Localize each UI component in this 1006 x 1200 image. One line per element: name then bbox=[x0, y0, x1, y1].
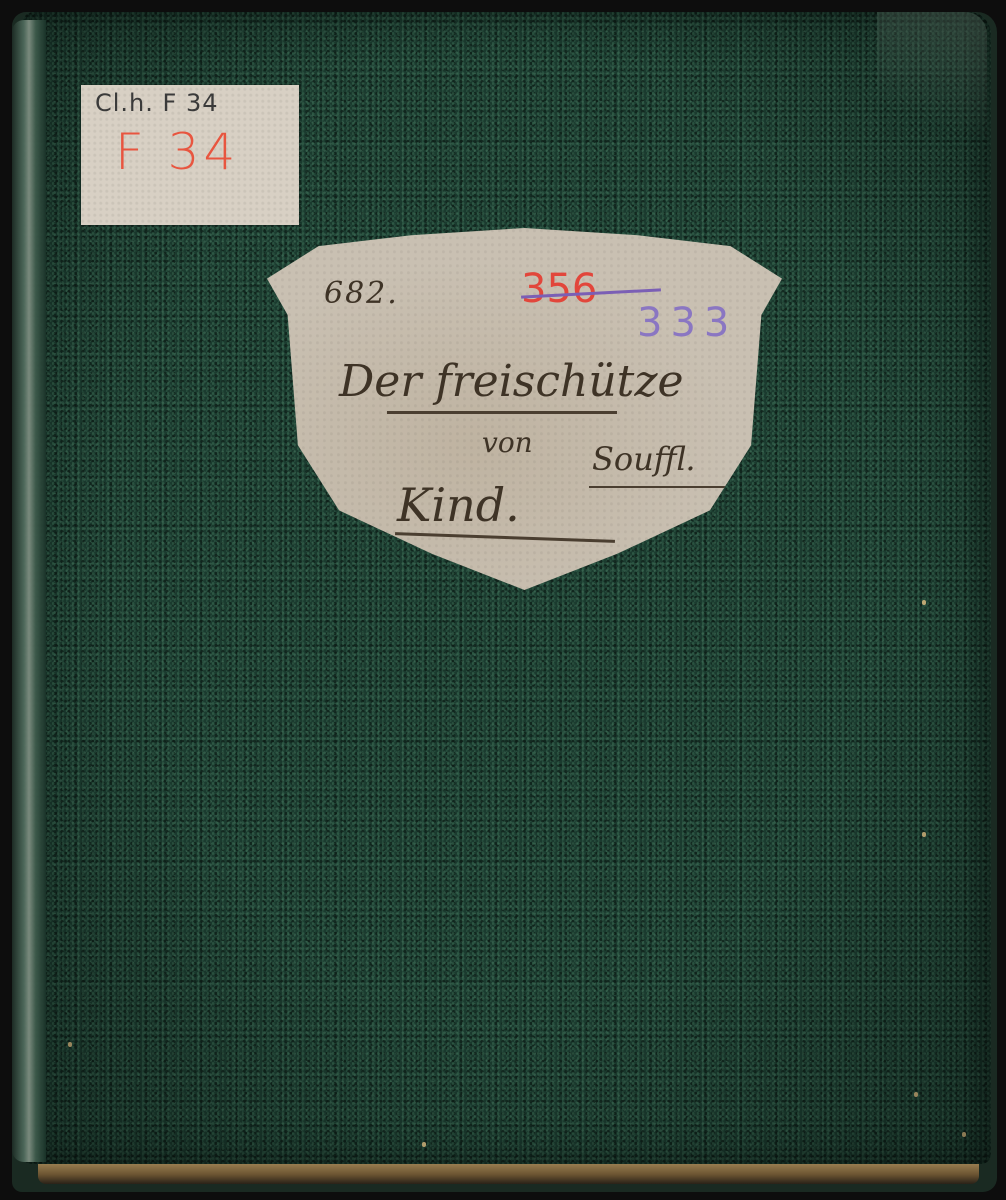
spine bbox=[12, 20, 46, 1162]
speck bbox=[922, 832, 926, 837]
shelfmark-label: Cl.h. F 34 F 34 bbox=[81, 85, 299, 225]
annotation-underline bbox=[589, 486, 737, 488]
purple-number: 333 bbox=[637, 300, 737, 346]
worn-corner bbox=[877, 12, 987, 192]
title-underline bbox=[387, 411, 617, 414]
inventory-number: 682. bbox=[324, 276, 399, 311]
shelfmark-pencil: Cl.h. F 34 bbox=[95, 89, 219, 117]
speck bbox=[962, 1132, 966, 1137]
crossed-out-number: 356 bbox=[521, 266, 597, 312]
author-underline bbox=[395, 532, 615, 543]
speck bbox=[68, 1042, 72, 1047]
by-text: von bbox=[482, 426, 533, 459]
speck bbox=[914, 1092, 918, 1097]
title-text: Der freischütze bbox=[339, 356, 684, 407]
speck bbox=[922, 600, 926, 605]
shelfmark-red: F 34 bbox=[115, 123, 239, 181]
author-text: Kind. bbox=[397, 478, 520, 532]
annotation-text: Souffl. bbox=[592, 440, 696, 478]
speck bbox=[422, 1142, 426, 1147]
